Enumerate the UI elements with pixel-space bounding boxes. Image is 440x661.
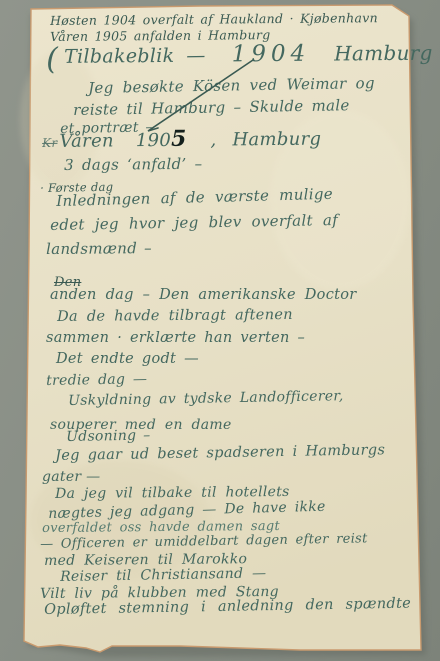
year-prefix: 190 [136,130,171,151]
manuscript-line: Reiser til Christiansand — [60,565,267,585]
struck-letters: Kr [42,136,57,150]
manuscript-line: sammen · erklærte han verten – [46,330,305,346]
manuscript-line: Jeg besøkte Kösen ved Weimar og [88,74,375,97]
season-word: Våren [59,130,114,151]
manuscript-line: landsmænd – [46,239,152,258]
manuscript-line: Jeg gaar ud beset spadseren i Hamburgs [55,442,385,464]
overwritten-five: 5 [171,126,187,152]
manuscript-line: Det endte godt — [56,351,199,367]
open-paren: ( [46,42,58,77]
title-year-1904: 1904 [232,41,311,68]
title-city: Hamburg [334,41,433,66]
manuscript-line: tredie dag — [46,371,147,389]
season-city: Hamburg [232,129,321,151]
season-line: KrVåren1905,Hamburg [42,125,321,153]
manuscript-line: Udsoning – [66,428,151,445]
manuscript-line: edet jeg hvor jeg blev overfalt af [50,211,338,234]
manuscript-line: Da jeg vil tilbake til hotellets [55,484,290,502]
title-label: Tilbakeblik [64,45,174,68]
manuscript-text: Høsten 1904 overfalt af Haukland · Kjøbe… [0,0,440,661]
manuscript-line: Høsten 1904 overfalt af Haukland · Kjøbe… [50,10,378,28]
manuscript-line: nægtes jeg adgang — De have ikke [48,499,326,522]
manuscript-line: 3 dags ‘anfald’ – [64,155,202,174]
title-line: (Tilbakeblik—1904Hamburg [46,39,433,77]
manuscript-line: Da de havde tilbragt aftenen [57,307,293,325]
manuscript-line: Uskyldning av tydske Landofficerer, [68,388,344,409]
title-dash: — [186,45,206,67]
season-separator: , [210,129,216,150]
manuscript-line: gater — [42,469,100,485]
scanned-manuscript-scene: Høsten 1904 overfalt af Haukland · Kjøbe… [0,0,440,661]
manuscript-line: anden dag – Den amerikanske Doctor [50,287,357,303]
manuscript-line: reiste til Hamburg – Skulde male [73,96,350,119]
